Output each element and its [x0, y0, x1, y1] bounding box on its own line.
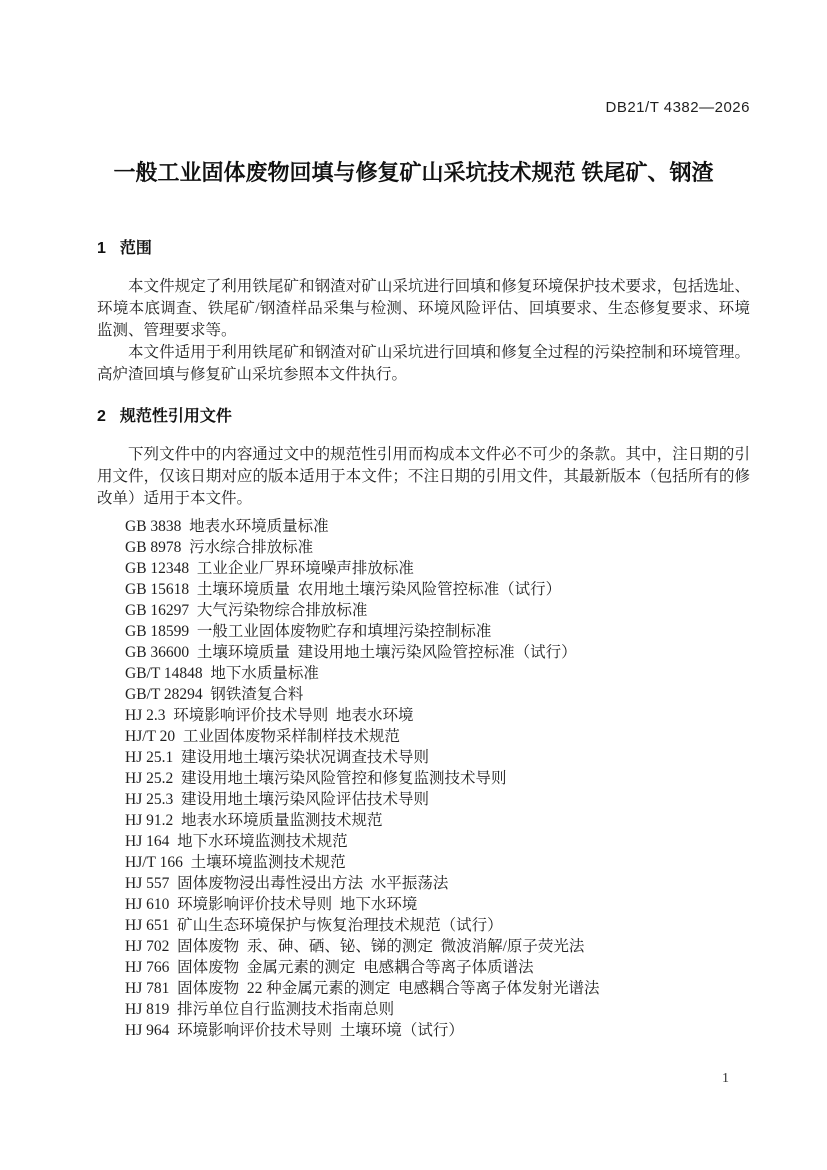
section-normative-references: 2规范性引用文件 下列文件中的内容通过文中的规范性引用而构成本文件必不可少的条款…	[0, 406, 827, 1041]
section-1-title: 范围	[120, 240, 152, 257]
reference-item: GB 8978 污水综合排放标准	[125, 537, 750, 558]
doc-title: 一般工业固体废物回填与修复矿山采坑技术规范 铁尾矿、钢渣	[55, 158, 772, 188]
reference-item: GB/T 14848 地下水质量标准	[125, 663, 750, 684]
reference-item: HJ 819 排污单位自行监测技术指南总则	[125, 999, 750, 1020]
reference-item: HJ 610 环境影响评价技术导则 地下水环境	[125, 894, 750, 915]
reference-item: HJ 25.1 建设用地土壤污染状况调查技术导则	[125, 747, 750, 768]
reference-item: HJ/T 166 土壤环境监测技术规范	[125, 852, 750, 873]
reference-item: GB 18599 一般工业固体废物贮存和填埋污染控制标准	[125, 621, 750, 642]
reference-item: GB 36600 土壤环境质量 建设用地土壤污染风险管控标准（试行）	[125, 642, 750, 663]
section-1-heading: 1范围	[97, 238, 750, 260]
reference-item: HJ 164 地下水环境监测技术规范	[125, 831, 750, 852]
reference-item: HJ 781 固体废物 22 种金属元素的测定 电感耦合等离子体发射光谱法	[125, 978, 750, 999]
reference-item: HJ 91.2 地表水环境质量监测技术规范	[125, 810, 750, 831]
reference-item: HJ 25.3 建设用地土壤污染风险评估技术导则	[125, 789, 750, 810]
reference-item: GB/T 28294 钢铁渣复合料	[125, 684, 750, 705]
reference-item: HJ 2.3 环境影响评价技术导则 地表水环境	[125, 705, 750, 726]
reference-item: GB 15618 土壤环境质量 农用地土壤污染风险管控标准（试行）	[125, 579, 750, 600]
reference-item: HJ 651 矿山生态环境保护与恢复治理技术规范（试行）	[125, 915, 750, 936]
document-page: DB21/T 4382—2026 一般工业固体废物回填与修复矿山采坑技术规范 铁…	[0, 0, 827, 1170]
reference-item: HJ 557 固体废物浸出毒性浸出方法 水平振荡法	[125, 873, 750, 894]
reference-item: HJ 964 环境影响评价技术导则 土壤环境（试行）	[125, 1020, 750, 1041]
reference-item: HJ/T 20 工业固体废物采样制样技术规范	[125, 726, 750, 747]
section-2-body: 下列文件中的内容通过文中的规范性引用而构成本文件必不可少的条款。其中，注日期的引…	[97, 444, 750, 510]
reference-item: GB 16297 大气污染物综合排放标准	[125, 600, 750, 621]
doc-number: DB21/T 4382—2026	[0, 0, 750, 116]
reference-item: GB 12348 工业企业厂界环境噪声排放标准	[125, 558, 750, 579]
page-number: 1	[722, 1071, 729, 1087]
paragraph: 本文件规定了利用铁尾矿和钢渣对矿山采坑进行回填和修复环境保护技术要求，包括选址、…	[97, 276, 750, 342]
paragraph: 本文件适用于利用铁尾矿和钢渣对矿山采坑进行回填和修复全过程的污染控制和环境管理。…	[97, 342, 750, 386]
paragraph: 下列文件中的内容通过文中的规范性引用而构成本文件必不可少的条款。其中，注日期的引…	[97, 444, 750, 510]
reference-item: HJ 766 固体废物 金属元素的测定 电感耦合等离子体质谱法	[125, 957, 750, 978]
section-1-number: 1	[97, 238, 106, 260]
section-2-title: 规范性引用文件	[120, 408, 232, 425]
section-2-number: 2	[97, 406, 106, 428]
reference-item: HJ 25.2 建设用地土壤污染风险管控和修复监测技术导则	[125, 768, 750, 789]
reference-list: GB 3838 地表水环境质量标准 GB 8978 污水综合排放标准 GB 12…	[125, 516, 750, 1041]
section-1-body: 本文件规定了利用铁尾矿和钢渣对矿山采坑进行回填和修复环境保护技术要求，包括选址、…	[97, 276, 750, 386]
section-scope: 1范围 本文件规定了利用铁尾矿和钢渣对矿山采坑进行回填和修复环境保护技术要求，包…	[0, 238, 827, 386]
reference-item: GB 3838 地表水环境质量标准	[125, 516, 750, 537]
reference-item: HJ 702 固体废物 汞、砷、硒、铋、锑的测定 微波消解/原子荧光法	[125, 936, 750, 957]
section-2-heading: 2规范性引用文件	[97, 406, 750, 428]
